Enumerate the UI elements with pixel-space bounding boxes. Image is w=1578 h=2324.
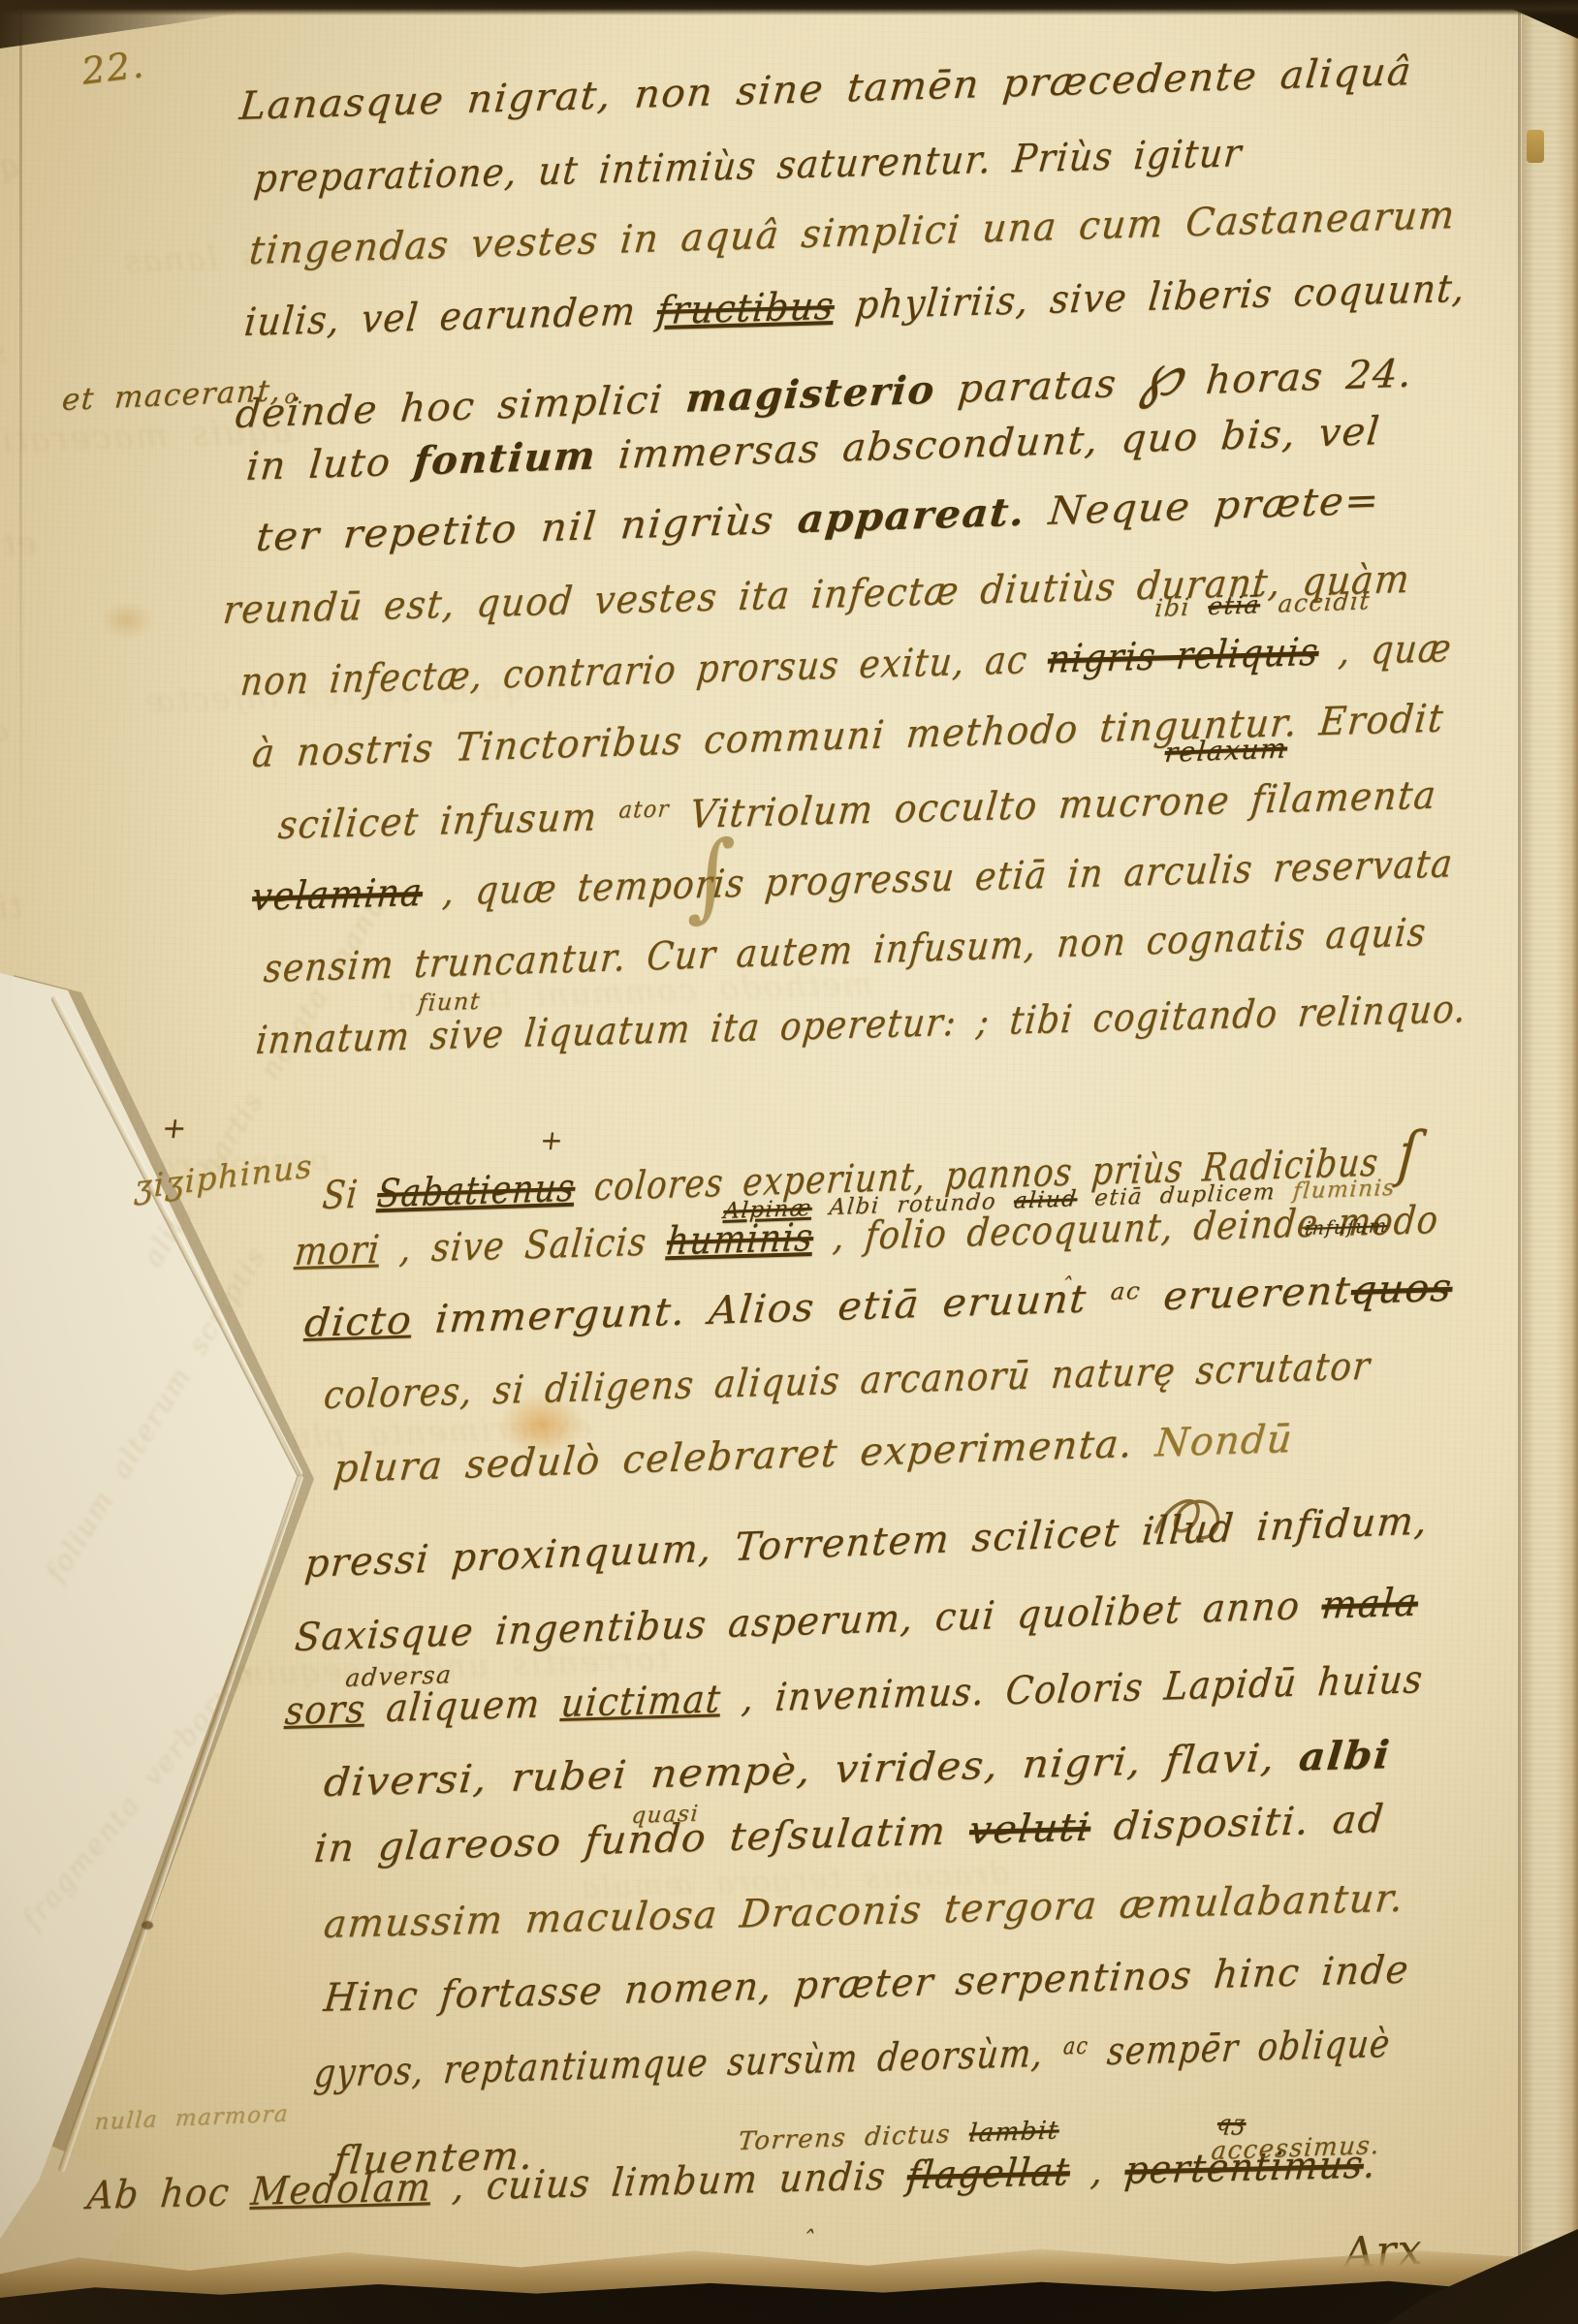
photo-vignette xyxy=(0,0,1578,2324)
manuscript-photo: quibus in montibus aquarū visserenū lapi… xyxy=(0,0,1578,2324)
